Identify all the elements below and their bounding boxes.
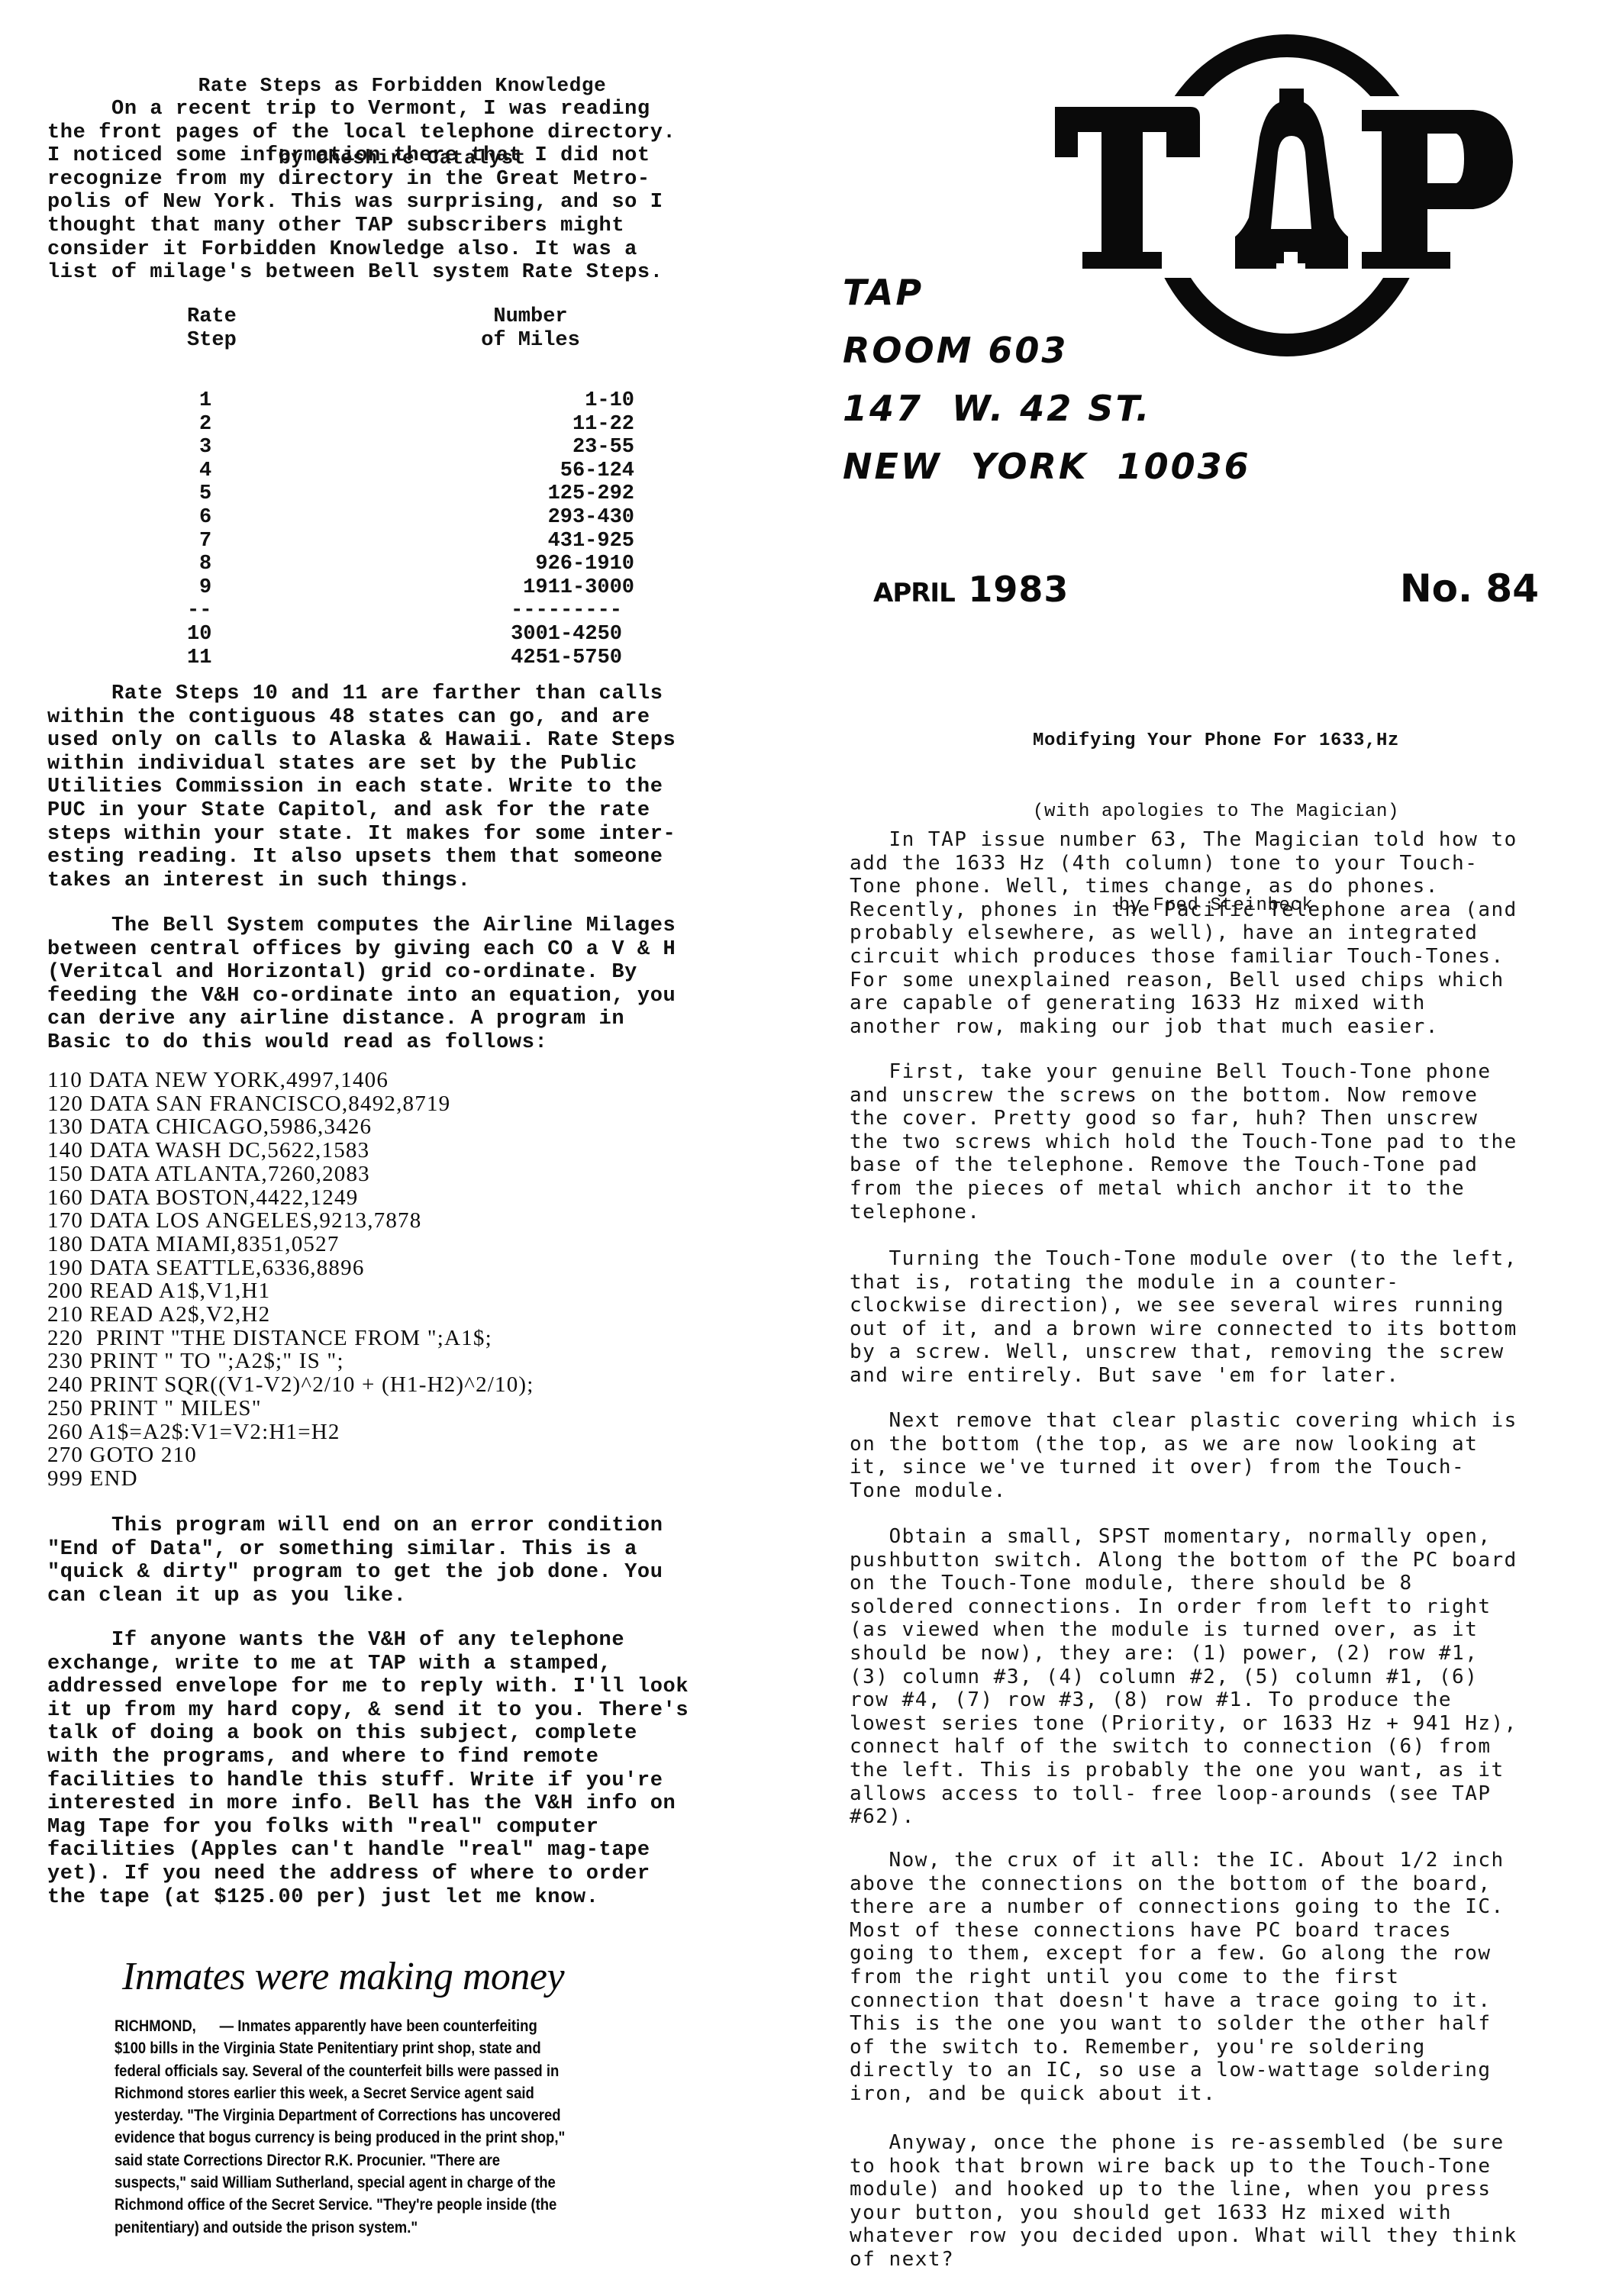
text-line: can derive any airline distance. A progr… <box>47 1008 757 1031</box>
news-clipping-headline: Inmates were making money <box>122 1954 564 1999</box>
text-line: going to them, except for a few. Go alon… <box>850 1942 1582 1965</box>
text-line: addressed envelope for me to reply with.… <box>47 1675 757 1699</box>
text-line: 150 DATA ATLANTA,7260,2083 <box>47 1163 534 1186</box>
rate-step-header-line: Step <box>187 329 279 353</box>
text-line: This program will end on an error condit… <box>47 1514 757 1538</box>
right-paragraph-3: Turning the Touch-Tone module over (to t… <box>850 1247 1582 1388</box>
text-line: can clean it up as you like. <box>47 1585 757 1608</box>
text-line: 260 A1$=A2$:V1=V2:H1=H2 <box>47 1420 534 1444</box>
right-article-title: Modifying Your Phone For 1633,Hz <box>850 729 1582 753</box>
text-line: Mag Tape for you folks with "real" compu… <box>47 1816 757 1840</box>
rate-step-table: Rate Step Number of Miles 11-10211-22323… <box>187 305 634 669</box>
text-line: add the 1633 Hz (4th column) tone to you… <box>850 852 1582 876</box>
address-line-org: TAP <box>843 272 924 313</box>
text-line: of the switch to. Remember, you're solde… <box>850 2036 1582 2059</box>
text-line: row #4, (7) row #3, (8) row #1. To produ… <box>850 1688 1582 1712</box>
rate-table-row: 11-10 <box>187 389 634 413</box>
text-line: out of it, and a brown wire connected to… <box>850 1317 1582 1341</box>
news-clipping-body: RICHMOND, — Inmates apparently have been… <box>114 2015 640 2239</box>
text-line: 210 READ A2$,V2,H2 <box>47 1303 534 1327</box>
text-line: from the pieces of metal which anchor it… <box>850 1177 1582 1201</box>
text-line: above the connections on the bottom of t… <box>850 1872 1582 1896</box>
right-paragraph-5: Obtain a small, SPST momentary, normally… <box>850 1525 1582 1829</box>
text-line: that is, rotating the module in a counte… <box>850 1271 1582 1295</box>
miles-cell: 293-430 <box>291 506 634 530</box>
text-line: Basic to do this would read as follows: <box>47 1031 757 1055</box>
right-paragraph-7: Anyway, once the phone is re-assembled (… <box>850 2131 1582 2272</box>
text-line: takes an interest in such things. <box>47 869 757 893</box>
text-line: $100 bills in the Virginia State Peniten… <box>114 2037 640 2059</box>
miles-cell: 926-1910 <box>291 553 634 576</box>
rate-table-row: 323-55 <box>187 436 634 460</box>
text-line: there are a number of connections going … <box>850 1895 1582 1919</box>
text-line: the cover. Pretty good so far, huh? Then… <box>850 1107 1582 1130</box>
text-line: within the contiguous 48 states can go, … <box>47 706 757 730</box>
rate-table-row: 114251-5750 <box>187 647 634 670</box>
text-line: 140 DATA WASH DC,5622,1583 <box>47 1139 534 1163</box>
text-line: Next remove that clear plastic covering … <box>850 1409 1582 1433</box>
text-line: facilities to handle this stuff. Write i… <box>47 1769 757 1793</box>
rate-step-cell: 4 <box>187 460 291 483</box>
miles-header-line: of Miles <box>439 329 622 353</box>
text-line: on the bottom (the top, as we are now lo… <box>850 1433 1582 1456</box>
text-line: Richmond office of the Secret Service. "… <box>114 2194 640 2216</box>
text-line: Anyway, once the phone is re-assembled (… <box>850 2131 1582 2155</box>
text-line: 220 PRINT "THE DISTANCE FROM ";A1$; <box>47 1327 534 1350</box>
text-line: exchange, write to me at TAP with a stam… <box>47 1653 757 1676</box>
text-line: your button, you should get 1633 Hz mixe… <box>850 2201 1582 2225</box>
text-line: iron, and be quick about it. <box>850 2082 1582 2106</box>
text-line: clockwise direction), we see several wir… <box>850 1294 1582 1317</box>
rate-step-cell: 6 <box>187 506 291 530</box>
rate-step-cell: 8 <box>187 553 291 576</box>
text-line: On a recent trip to Vermont, I was readi… <box>47 98 757 121</box>
text-line: circuit which produces those familiar To… <box>850 945 1582 969</box>
text-line: recognize from my directory in the Great… <box>47 168 757 192</box>
text-line: base of the telephone. Remove the Touch-… <box>850 1153 1582 1177</box>
text-line: 160 DATA BOSTON,4422,1249 <box>47 1186 534 1210</box>
text-line: by a screw. Well, unscrew that, removing… <box>850 1340 1582 1364</box>
miles-cell: 23-55 <box>291 436 634 460</box>
text-line: of next? <box>850 2248 1582 2272</box>
rate-step-cell: 9 <box>187 576 291 600</box>
text-line: telephone. <box>850 1201 1582 1224</box>
text-line: Obtain a small, SPST momentary, normally… <box>850 1525 1582 1549</box>
rate-step-cell: 2 <box>187 413 291 437</box>
miles-header-line: Number <box>439 305 622 329</box>
text-line: 200 READ A1$,V1,H1 <box>47 1279 534 1303</box>
right-paragraph-4: Next remove that clear plastic covering … <box>850 1409 1582 1502</box>
rate-table-row: 6293-430 <box>187 506 634 530</box>
text-line: on the Touch-Tone module, there should b… <box>850 1572 1582 1595</box>
text-line: module) and hooked up to the line, when … <box>850 2178 1582 2201</box>
text-line: Recently, phones in the Pacific Telephon… <box>850 898 1582 922</box>
text-line: First, take your genuine Bell Touch-Tone… <box>850 1060 1582 1084</box>
miles-cell: 11-22 <box>291 413 634 437</box>
rate-step-cell: 5 <box>187 482 291 506</box>
text-line: I noticed some information there that I … <box>47 144 757 168</box>
program-end-paragraph: This program will end on an error condit… <box>47 1514 757 1608</box>
issue-date: APRIL 1983 <box>873 569 1069 610</box>
rate-table-row: 8926-1910 <box>187 553 634 576</box>
if-anyone-paragraph: If anyone wants the V&H of any telephone… <box>47 1629 757 1909</box>
text-line: consider it Forbidden Knowledge also. It… <box>47 238 757 262</box>
miles-cell: 431-925 <box>291 530 634 553</box>
rate-table-row: 5125-292 <box>187 482 634 506</box>
text-line: talk of doing a book on this subject, co… <box>47 1722 757 1746</box>
text-line: and unscrew the screws on the bottom. No… <box>850 1084 1582 1108</box>
text-line: Now, the crux of it all: the IC. About 1… <box>850 1849 1582 1872</box>
basic-program-listing: 110 DATA NEW YORK,4997,1406120 DATA SAN … <box>47 1069 534 1491</box>
text-line: Tone module. <box>850 1479 1582 1503</box>
rate-table-row: 91911-3000 <box>187 576 634 600</box>
text-line: 120 DATA SAN FRANCISCO,8492,8719 <box>47 1092 534 1116</box>
text-line: from the right until you come to the fir… <box>850 1965 1582 1989</box>
text-line: penitentiary) and outside the prison sys… <box>114 2217 640 2239</box>
text-line: soldered connections. In order from left… <box>850 1595 1582 1619</box>
text-line: whatever row you decided upon. What will… <box>850 2224 1582 2248</box>
address-line-room: ROOM 603 <box>843 330 1068 371</box>
text-line: 110 DATA NEW YORK,4997,1406 <box>47 1069 534 1092</box>
text-line: 130 DATA CHICAGO,5986,3426 <box>47 1115 534 1139</box>
text-line: suspects," said William Sutherland, spec… <box>114 2172 640 2194</box>
text-line: 170 DATA LOS ANGELES,9213,7878 <box>47 1209 534 1233</box>
text-line: connect half of the switch to connection… <box>850 1735 1582 1759</box>
text-line: (3) column #3, (4) column #2, (5) column… <box>850 1666 1582 1689</box>
rate-step-cell: 7 <box>187 530 291 553</box>
issue-year: 1983 <box>968 569 1069 610</box>
rate-table-row: ----------- <box>187 599 634 623</box>
text-line: it up from my hard copy, & send it to yo… <box>47 1699 757 1723</box>
text-line: yet). If you need the address of where t… <box>47 1862 757 1886</box>
text-line: allows access to toll- free loop-arounds… <box>850 1782 1582 1806</box>
text-line: interested in more info. Bell has the V&… <box>47 1792 757 1816</box>
text-line: 230 PRINT " TO ";A2$;" IS "; <box>47 1350 534 1373</box>
rate-step-header: Rate Step <box>187 305 279 352</box>
text-line: 270 GOTO 210 <box>47 1443 534 1467</box>
rate-table-row: 211-22 <box>187 413 634 437</box>
text-line: should be now), they are: (1) power, (2)… <box>850 1642 1582 1666</box>
text-line: Rate Steps 10 and 11 are farther than ca… <box>47 682 757 706</box>
rate-step-header-line: Rate <box>187 305 279 329</box>
bell-system-paragraph: The Bell System computes the Airline Mil… <box>47 914 757 1055</box>
rate-step-cell: 11 <box>187 647 279 670</box>
text-line: Tone phone. Well, times change, as do ph… <box>850 875 1582 898</box>
text-line: feeding the V&H co-ordinate into an equa… <box>47 985 757 1008</box>
bell-icon <box>1038 23 1572 366</box>
issue-number: No. 84 <box>1400 566 1539 611</box>
text-line: For some unexplained reason, Bell used c… <box>850 969 1582 992</box>
rate-steps-paragraph: Rate Steps 10 and 11 are farther than ca… <box>47 682 757 892</box>
issue-month: APRIL <box>873 578 955 608</box>
text-line: the front pages of the local telephone d… <box>47 121 757 145</box>
text-line: If anyone wants the V&H of any telephone <box>47 1629 757 1653</box>
text-line: 999 END <box>47 1467 534 1491</box>
text-line: yesterday. "The Virginia Department of C… <box>114 2104 640 2127</box>
right-paragraph-1: In TAP issue number 63, The Magician tol… <box>850 828 1582 1038</box>
right-paragraph-6: Now, the crux of it all: the IC. About 1… <box>850 1849 1582 2106</box>
text-line: polis of New York. This was surprising, … <box>47 191 757 214</box>
text-line: 180 DATA MIAMI,8351,0527 <box>47 1233 534 1256</box>
text-line: list of milage's between Bell system Rat… <box>47 261 757 285</box>
text-line: the left. This is probably the one you w… <box>850 1759 1582 1782</box>
text-line: it, since we've turned it over) from the… <box>850 1456 1582 1479</box>
text-line: federal officials say. Several of the co… <box>114 2060 640 2082</box>
text-line: thought that many other TAP subscribers … <box>47 214 757 238</box>
text-line: the two screws which hold the Touch-Tone… <box>850 1130 1582 1154</box>
rate-table-body: 11-10211-22323-55456-1245125-2926293-430… <box>187 389 634 669</box>
rate-table-row: 456-124 <box>187 460 634 483</box>
right-paragraph-2: First, take your genuine Bell Touch-Tone… <box>850 1060 1582 1224</box>
text-line: facilities (Apples can't handle "real" m… <box>47 1839 757 1862</box>
text-line: connection that doesn't have a trace goi… <box>850 1989 1582 2013</box>
text-line: Turning the Touch-Tone module over (to t… <box>850 1247 1582 1271</box>
text-line: and wire entirely. But save 'em for late… <box>850 1364 1582 1388</box>
text-line: 240 PRINT SQR((V1-V2)^2/10 + (H1-H2)^2/1… <box>47 1373 534 1397</box>
text-line: 190 DATA SEATTLE,6336,8896 <box>47 1256 534 1280</box>
text-line: This is the one you want to solder the o… <box>850 2012 1582 2036</box>
text-line: directly to an IC, so use a low-wattage … <box>850 2059 1582 2082</box>
miles-header: Number of Miles <box>439 305 622 352</box>
text-line: evidence that bogus currency is being pr… <box>114 2127 640 2149</box>
text-line: 250 PRINT " MILES" <box>47 1397 534 1420</box>
miles-cell: 56-124 <box>291 460 634 483</box>
text-line: (as viewed when the module is turned ove… <box>850 1618 1582 1642</box>
address-line-city: NEW YORK 10036 <box>843 446 1251 487</box>
text-line: "End of Data", or something similar. Thi… <box>47 1538 757 1562</box>
text-line: pushbutton switch. Along the bottom of t… <box>850 1549 1582 1572</box>
text-line: the tape (at $125.00 per) just let me kn… <box>47 1886 757 1910</box>
rate-step-cell: 1 <box>187 389 291 413</box>
rate-table-row: 7431-925 <box>187 530 634 553</box>
text-line: said state Corrections Director R.K. Pro… <box>114 2149 640 2172</box>
text-line: RICHMOND, — Inmates apparently have been… <box>114 2015 640 2037</box>
text-line: Utilities Commission in each state. Writ… <box>47 776 757 799</box>
miles-cell: 1-10 <box>291 389 634 413</box>
rate-step-cell: 3 <box>187 436 291 460</box>
miles-cell: 1911-3000 <box>291 576 634 600</box>
text-line: PUC in your State Capitol, and ask for t… <box>47 799 757 823</box>
text-line: In TAP issue number 63, The Magician tol… <box>850 828 1582 852</box>
text-line: Richmond stores earlier this week, a Sec… <box>114 2082 640 2104</box>
text-line: another row, making our job that much ea… <box>850 1015 1582 1039</box>
intro-paragraph: On a recent trip to Vermont, I was readi… <box>47 98 757 285</box>
text-line: (Veritcal and Horizontal) grid co-ordina… <box>47 961 757 985</box>
miles-cell: 125-292 <box>291 482 634 506</box>
miles-cell: 3001-4250 <box>279 623 622 647</box>
miles-cell: 4251-5750 <box>279 647 622 670</box>
address-line-street: 147 W. 42 ST. <box>843 388 1151 429</box>
text-line: probably elsewhere, as well), have an in… <box>850 921 1582 945</box>
miles-cell: --------- <box>279 599 622 623</box>
text-line: lowest series tone (Priority, or 1633 Hz… <box>850 1712 1582 1736</box>
text-line: The Bell System computes the Airline Mil… <box>47 914 757 938</box>
text-line: Most of these connections have PC board … <box>850 1919 1582 1943</box>
rate-step-cell: 10 <box>187 623 279 647</box>
text-line: are capable of generating 1633 Hz mixed … <box>850 992 1582 1015</box>
text-line: between central offices by giving each C… <box>47 938 757 962</box>
text-line: steps within your state. It makes for so… <box>47 823 757 846</box>
text-line: with the programs, and where to find rem… <box>47 1746 757 1769</box>
text-line: within individual states are set by the … <box>47 753 757 776</box>
text-line: "quick & dirty" program to get the job d… <box>47 1561 757 1585</box>
rate-table-row: 103001-4250 <box>187 623 634 647</box>
tap-logo <box>1038 23 1572 366</box>
right-article-subtitle: (with apologies to The Magician) <box>850 800 1582 824</box>
rate-step-cell: -- <box>187 599 279 623</box>
text-line: to hook that brown wire back up to the T… <box>850 2155 1582 2178</box>
text-line: esting reading. It also upsets them that… <box>47 846 757 869</box>
text-line: #62). <box>850 1805 1582 1829</box>
left-article-title: Rate Steps as Forbidden Knowledge <box>47 73 757 98</box>
text-line: used only on calls to Alaska & Hawaii. R… <box>47 729 757 753</box>
